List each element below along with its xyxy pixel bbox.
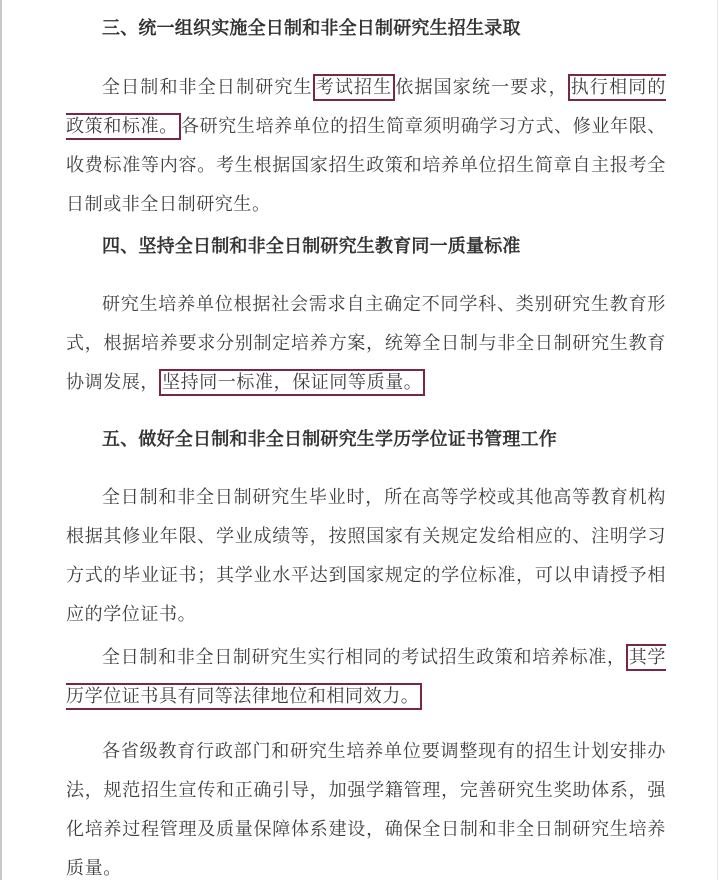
highlight-box-exam-enrollment: 考试招生 [313,74,396,101]
text-segment: 各省级教育行政部门和研究生培养单位要调整现有的招生计划安排办法，规范招生宣传和正… [66,741,666,879]
section-heading-3: 三、统一组织实施全日制和非全日制研究生招生录取 [102,14,521,40]
section-5-paragraph-1: 全日制和非全日制研究生毕业时，所在高等学校或其他高等教育机构根据其修业年限、学业… [66,478,666,634]
highlight-box-same-standard: 坚持同一标准，保证同等质量。 [159,369,425,396]
section-4-paragraph-1: 研究生培养单位根据社会需求自主确定不同学科、类别研究生教育形式，根据培养要求分别… [66,285,666,402]
section-5-paragraph-2: 全日制和非全日制研究生实行相同的考试招生政策和培养标准，其学历学位证书具有同等法… [66,638,666,716]
text-segment: 依据国家统一要求， [395,77,567,98]
section-heading-5: 五、做好全日制和非全日制研究生学历学位证书管理工作 [102,425,557,451]
text-segment: 全日制和非全日制研究生毕业时，所在高等学校或其他高等教育机构根据其修业年限、学业… [66,487,666,625]
section-3-paragraph-1: 全日制和非全日制研究生考试招生依据国家统一要求，执行相同的政策和标准。各研究生培… [66,68,666,224]
section-5-paragraph-3: 各省级教育行政部门和研究生培养单位要调整现有的招生计划安排办法，规范招生宣传和正… [66,732,666,880]
section-heading-4: 四、坚持全日制和非全日制研究生教育同一质量标准 [102,232,521,258]
text-segment: 全日制和非全日制研究生实行相同的考试招生政策和培养标准， [102,647,626,668]
text-segment: 全日制和非全日制研究生 [102,77,313,98]
document-page: 三、统一组织实施全日制和非全日制研究生招生录取 全日制和非全日制研究生考试招生依… [0,0,718,880]
